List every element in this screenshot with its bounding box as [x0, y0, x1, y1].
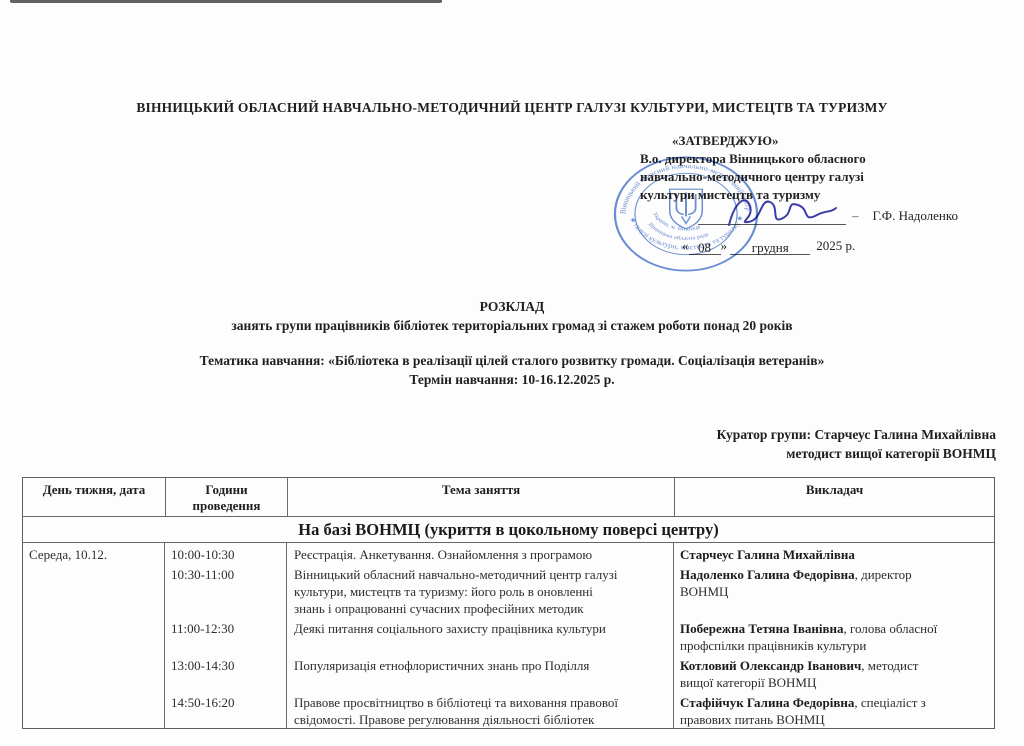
session-row: 11:00-12:30 Деякі питання соціального за…: [165, 617, 994, 654]
approval-date-row: «08» грудня2025 р.: [682, 237, 990, 255]
session-topic: Правове просвітництво в бібліотеці та ви…: [287, 691, 674, 728]
session-row: 13:00-14:30 Популяризація етнофлористичн…: [165, 654, 994, 691]
lecturer-name: Надоленко Галина Федорівна: [680, 567, 855, 582]
lecturer-name: Котловий Олександр Іванович: [680, 658, 861, 673]
session-time: 13:00-14:30: [165, 654, 287, 691]
session-topic: Вінницький обласний навчально-методичний…: [287, 563, 674, 617]
lecturer-name: Стафійчук Галина Федорівна: [680, 695, 854, 710]
session-time: 11:00-12:30: [165, 617, 287, 654]
approval-line-1: В.о. директора Вінницького обласного: [640, 150, 990, 168]
col-header-topic: Тема заняття: [287, 478, 674, 516]
date-quote-close: »: [721, 238, 728, 253]
schedule-theme: Тематика навчання: «Бібліотека в реаліза…: [0, 353, 1024, 369]
session-lecturer: Стафійчук Галина Федорівна, спеціаліст з…: [674, 691, 994, 728]
schedule-subtitle: занять групи працівників бібліотек терит…: [0, 318, 1024, 334]
approval-block: «ЗАТВЕРДЖУЮ» В.о. директора Вінницького …: [640, 132, 990, 255]
date-year: 2025 р.: [816, 238, 855, 253]
session-time: 10:30-11:00: [165, 563, 287, 617]
day-cell: Середа, 10.12.: [23, 543, 165, 728]
col-header-day: День тижня, дата: [23, 478, 165, 516]
scan-edge-artifact: [10, 0, 442, 3]
table-body: Середа, 10.12. 10:00-10:30 Реєстрація. А…: [23, 543, 994, 728]
session-row: 14:50-16:20 Правове просвітництво в бібл…: [165, 691, 994, 728]
signature-line: [698, 209, 846, 225]
session-row: 10:30-11:00 Вінницький обласний навчальн…: [165, 563, 994, 617]
curator-line-2: методист вищої категорії ВОНМЦ: [717, 444, 996, 463]
sessions-column: 10:00-10:30 Реєстрація. Анкетування. Озн…: [165, 543, 994, 728]
session-topic: Деякі питання соціального захисту праців…: [287, 617, 674, 654]
curator-block: Куратор групи: Старчеус Галина Михайлівн…: [717, 425, 996, 463]
lecturer-name: Побережна Тетяна Іванівна: [680, 621, 844, 636]
col-header-hours: Години проведення: [165, 478, 287, 516]
session-topic: Реєстрація. Анкетування. Ознайомлення з …: [287, 543, 674, 563]
session-time: 10:00-10:30: [165, 543, 287, 563]
schedule-title: РОЗКЛАД: [0, 299, 1024, 315]
signature-ink: [726, 193, 838, 231]
session-lecturer: Побережна Тетяна Іванівна, голова обласн…: [674, 617, 994, 654]
signer-name: Г.Ф. Надоленко: [873, 208, 959, 223]
col-header-lecturer: Викладач: [674, 478, 994, 516]
schedule-term: Термін навчання: 10-16.12.2025 р.: [0, 372, 1024, 388]
table-header-row: День тижня, дата Години проведення Тема …: [23, 478, 994, 517]
org-title: ВІННИЦЬКИЙ ОБЛАСНИЙ НАВЧАЛЬНО-МЕТОДИЧНИЙ…: [0, 100, 1024, 116]
schedule-table: День тижня, дата Години проведення Тема …: [22, 477, 995, 729]
table-section-row: На базі ВОНМЦ (укриття в цокольному пове…: [23, 517, 994, 543]
signature-dash: –: [852, 208, 859, 223]
session-time: 14:50-16:20: [165, 691, 287, 728]
session-lecturer: Старчеус Галина Михайлівна: [674, 543, 994, 563]
approval-line-2: навчально-методичного центру галузі: [640, 168, 990, 186]
approval-label: «ЗАТВЕРДЖУЮ»: [672, 132, 990, 150]
session-topic: Популяризація етнофлористичних знань про…: [287, 654, 674, 691]
session-row: 10:00-10:30 Реєстрація. Анкетування. Озн…: [165, 543, 994, 563]
date-day: 08: [689, 239, 721, 255]
lecturer-name: Старчеус Галина Михайлівна: [680, 547, 855, 562]
date-month: грудня: [730, 239, 810, 255]
curator-line-1: Куратор групи: Старчеус Галина Михайлівн…: [717, 425, 996, 444]
signature-row: –Г.Ф. Надоленко: [640, 207, 990, 231]
session-lecturer: Надоленко Галина Федорівна, директор ВОН…: [674, 563, 994, 617]
session-lecturer: Котловий Олександр Іванович, методист ви…: [674, 654, 994, 691]
